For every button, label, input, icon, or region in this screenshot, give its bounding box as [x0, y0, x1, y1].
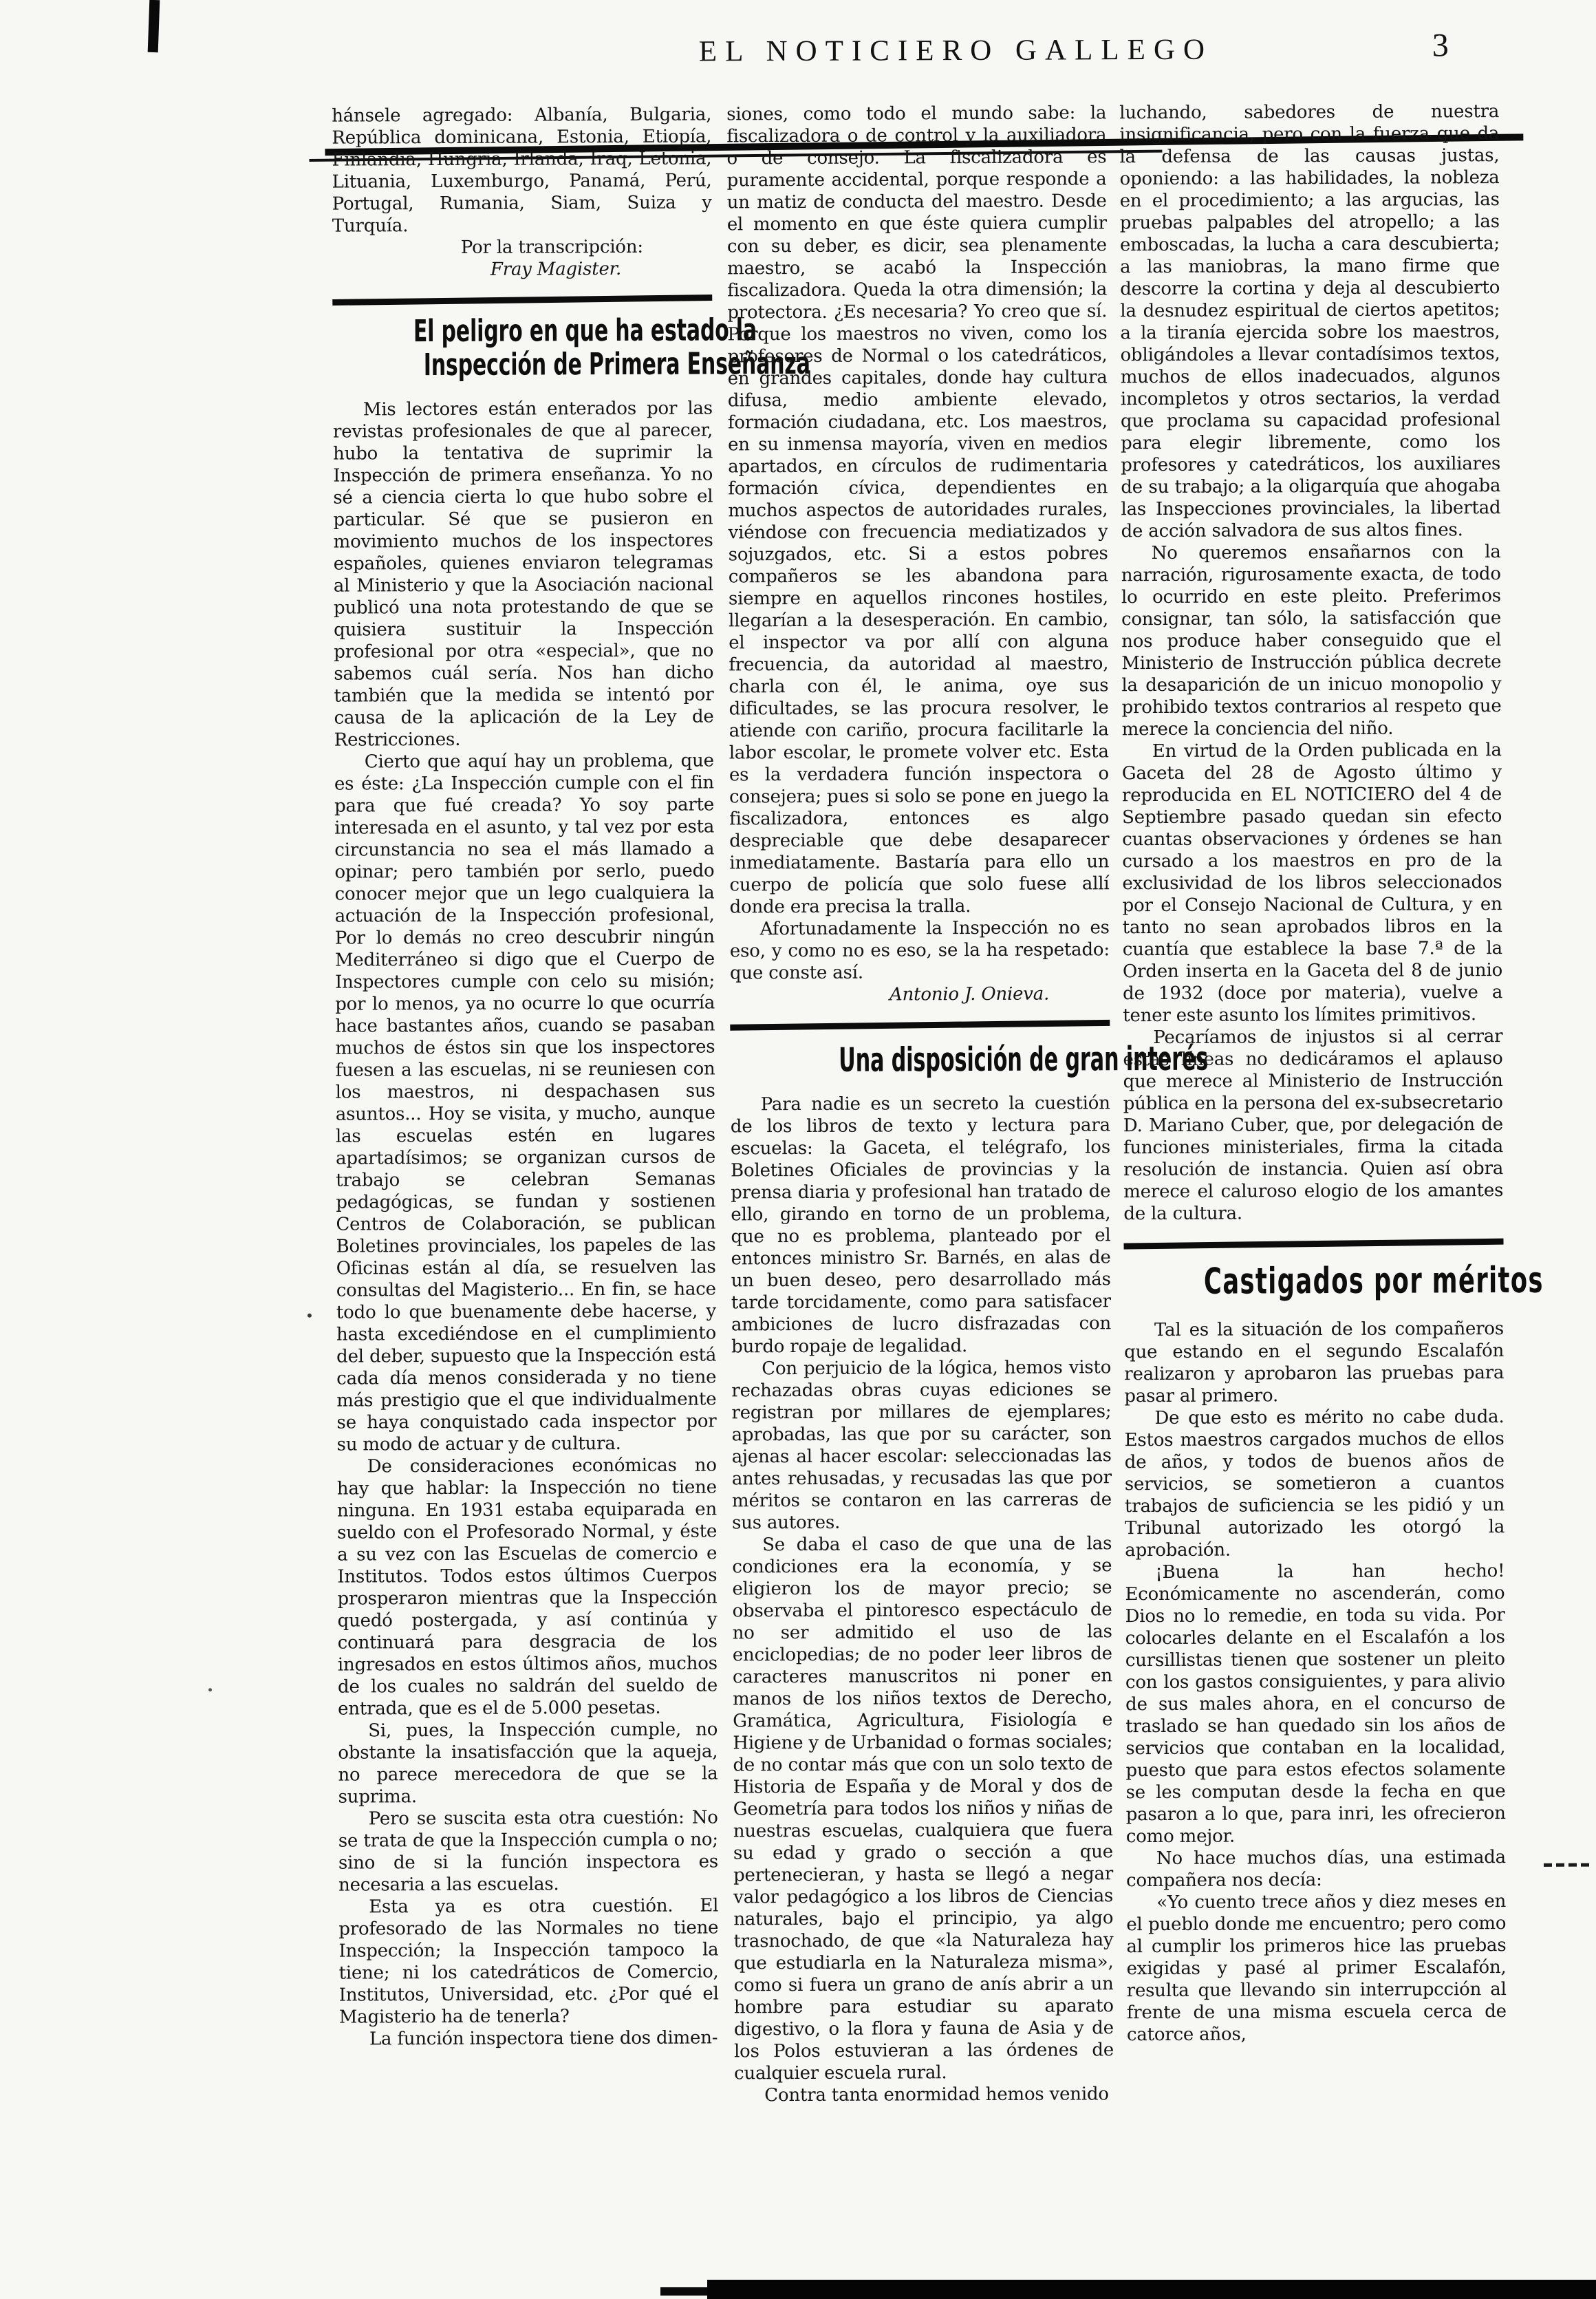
- scan-content: EL NOTICIERO GALLEGO 3 hánsele agregado:…: [0, 0, 1596, 2299]
- body-paragraph: ¡Buena la han hecho! Económicamente no a…: [1125, 1560, 1506, 1848]
- continuation-paragraph: hánsele agregado: Albanía, Bulgaria, Rep…: [332, 103, 712, 237]
- body-paragraph: Esta ya es otra cuestión. El profesorado…: [338, 1894, 719, 2028]
- masthead-title: EL NOTICIERO GALLEGO: [699, 33, 1213, 69]
- body-paragraph: En virtud de la Orden publicada en la Ga…: [1122, 739, 1503, 1027]
- body-paragraph: «Yo cuento trece años y diez meses en el…: [1126, 1890, 1507, 2046]
- body-paragraph: Para nadie es un secreto la cuestión de …: [731, 1092, 1111, 1358]
- body-paragraph: Pecaríamos de injustos si al cerrar esta…: [1123, 1025, 1503, 1225]
- margin-dash-mark: [1544, 1863, 1589, 1867]
- column-2: siones, como todo el mundo sabe: la fisc…: [726, 102, 1114, 2106]
- paper-speck: [308, 1314, 312, 1318]
- newspaper-page: EL NOTICIERO GALLEGO 3 hánsele agregado:…: [0, 0, 1596, 2299]
- article-headline-castigados: Castigados por méritos: [1124, 1261, 1504, 1301]
- page-number: 3: [1432, 26, 1449, 64]
- body-paragraph: luchando, sabedores de nuestra insignifi…: [1119, 100, 1500, 542]
- article-signature: Antonio J. Onieva.: [730, 983, 1110, 1006]
- scan-bottom-band: [707, 2280, 1596, 2299]
- body-paragraph: Cierto que aquí hay un problema, que es …: [334, 749, 717, 1455]
- body-paragraph: La función inspectora tiene dos dimen-: [339, 2027, 719, 2050]
- section-rule: [1123, 1239, 1503, 1250]
- body-paragraph: Se daba el caso de que una de las condic…: [732, 1532, 1114, 2084]
- section-rule: [332, 295, 712, 306]
- body-paragraph: Mis lectores están enterados por las rev…: [333, 397, 714, 751]
- headline-line-1: El peligro en que ha estado la: [413, 313, 757, 348]
- transcription-label: Por la transcripción:: [332, 235, 712, 259]
- body-paragraph: De que esto es mérito no cabe duda. Esto…: [1124, 1406, 1505, 1561]
- body-paragraph: Con perjuicio de la lógica, hemos visto …: [731, 1356, 1112, 1534]
- column-1: hánsele agregado: Albanía, Bulgaria, Rep…: [332, 103, 719, 2050]
- section-rule: [730, 1020, 1110, 1031]
- body-paragraph: Si, pues, la Inspección cumple, no obsta…: [338, 1718, 718, 1808]
- body-paragraph: Contra tanta enormidad hemos venido: [734, 2083, 1114, 2106]
- body-paragraph: Afortunadamente la Inspección no es eso,…: [730, 917, 1110, 984]
- transcription-author: Fray Magister.: [332, 257, 712, 281]
- body-paragraph: siones, como todo el mundo sabe: la fisc…: [726, 102, 1110, 918]
- body-paragraph: De consideraciones económicas no hay que…: [337, 1454, 718, 1720]
- article-headline-disposicion: Una disposición de gran interés: [730, 1041, 1110, 1078]
- body-paragraph: Pero se suscita esta otra cuestión: No s…: [338, 1806, 718, 1896]
- article-headline-inspeccion: El peligro en que ha estado la Inspecció…: [332, 313, 712, 382]
- body-paragraph: Tal es la situación de los compañeros qu…: [1124, 1318, 1504, 1407]
- headline-line: Castigados por méritos: [1204, 1261, 1544, 1301]
- body-paragraph: No queremos ensañarnos con la narración,…: [1121, 541, 1502, 740]
- body-paragraph: No hace muchos días, una estimada compañ…: [1126, 1846, 1506, 1892]
- paper-speck: [208, 1688, 212, 1691]
- column-3: luchando, sabedores de nuestra insignifi…: [1119, 100, 1507, 2046]
